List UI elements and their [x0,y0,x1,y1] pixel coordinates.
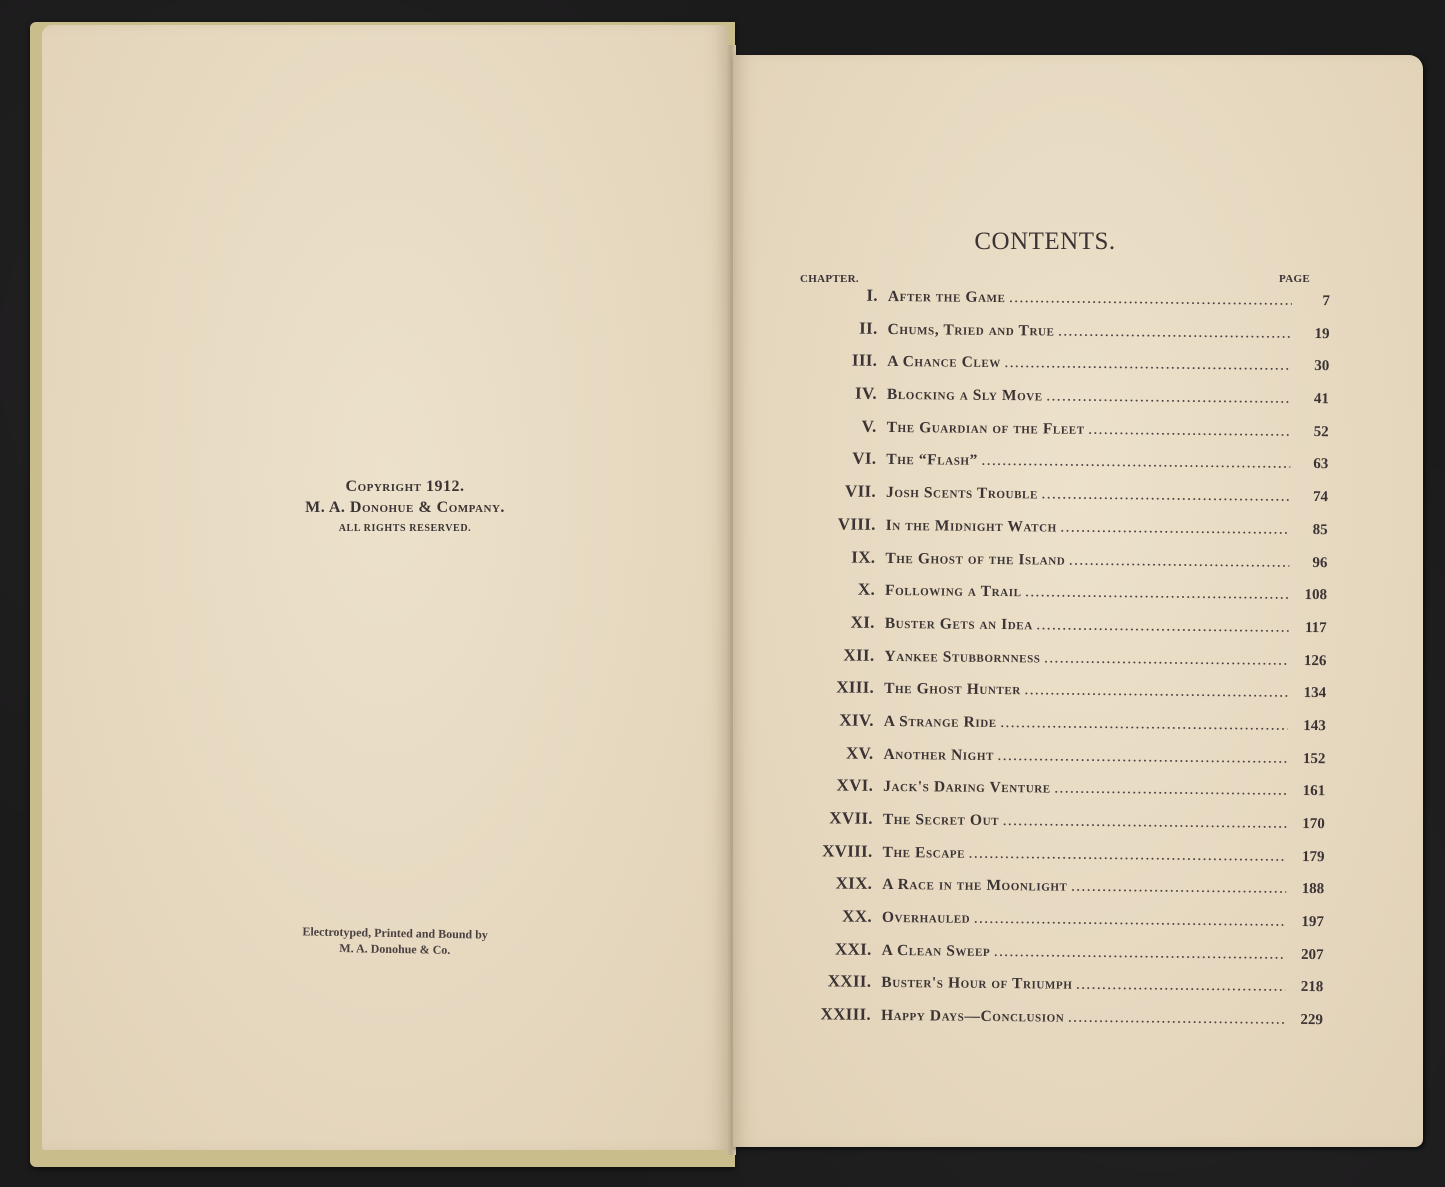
chapter-title: Chums, Tried and True [887,321,1054,341]
dot-leader [969,846,1287,864]
chapter-title: A Clean Sweep [882,942,991,961]
dot-leader [1076,978,1285,995]
dot-leader [1058,324,1291,341]
toc-entry: II.Chums, Tried and True19 [789,318,1329,356]
copyright-notice: Copyright 1912. M. A. Donohue & Company.… [240,478,570,534]
chapter-title: Following a Trail [885,582,1022,601]
chapter-title: After the Game [888,288,1006,307]
rights-reserved: All Rights Reserved. [240,523,570,534]
chapter-numeral: XXI. [784,939,882,960]
toc-entry: V.The Guardian of the Fleet52 [788,416,1328,454]
chapter-page-number: 85 [1294,522,1328,539]
dot-leader [1061,520,1290,537]
chapter-title: The Ghost of the Island [885,549,1065,569]
chapter-page-number: 179 [1290,849,1324,866]
chapter-title: The Secret Out [883,811,999,830]
chapter-page-number: 63 [1294,456,1328,473]
chapter-numeral: IX. [787,546,885,567]
dot-leader [1068,1011,1285,1028]
toc-entry: XVIII.The Escape179 [784,841,1324,879]
chapter-title: A Chance Clew [887,353,1001,372]
chapter-numeral: XII. [786,645,884,666]
chapter-title: In the Midnight Watch [886,517,1057,537]
dot-leader [1069,553,1289,570]
dot-leader [1005,356,1291,374]
chapter-numeral: V. [789,416,887,437]
toc-entry: XIV.A Strange Ride143 [786,710,1326,748]
chapter-numeral: XVIII. [784,841,882,862]
chapter-title: The Escape [882,844,965,863]
chapter-numeral: XIV. [786,710,884,731]
toc-entry: VII.Josh Scents Trouble74 [788,481,1328,519]
chapter-numeral: XVII. [785,808,883,829]
toc-entry: XIII.The Ghost Hunter134 [786,677,1326,715]
chapter-title: The Ghost Hunter [884,680,1021,699]
chapter-title: A Strange Ride [884,713,997,732]
chapter-page-number: 7 [1296,293,1330,310]
dot-leader [998,749,1288,767]
toc-entry: XX.Overhauled197 [784,906,1324,944]
toc-entry: XI.Buster Gets an Idea117 [787,612,1327,650]
chapter-title: Buster Gets an Idea [885,615,1033,634]
chapter-page-number: 126 [1292,652,1326,669]
chapter-page-number: 30 [1295,358,1329,375]
chapter-title: Josh Scents Trouble [886,484,1038,503]
dot-leader [1047,390,1291,407]
chapter-title: Jack's Daring Venture [883,778,1051,798]
chapter-numeral: IV. [789,383,887,404]
chapter-title: Buster's Hour of Triumph [881,974,1072,994]
chapter-numeral: VII. [788,481,886,502]
chapter-numeral: I. [790,285,888,306]
chapter-numeral: III. [789,350,887,371]
dot-leader [1089,423,1291,440]
chapter-column-header: Chapter. [800,273,859,285]
chapter-title: The Guardian of the Fleet [887,419,1085,439]
chapter-page-number: 19 [1295,326,1329,343]
chapter-page-number: 218 [1289,979,1323,996]
dot-leader [1003,814,1287,832]
toc-entry: XV.Another Night152 [785,743,1325,781]
toc-entry: XII.Yankee Stubbornness126 [786,645,1326,683]
chapter-title: A Race in the Moonlight [882,876,1067,896]
chapter-page-number: 170 [1291,816,1325,833]
chapter-page-number: 188 [1290,881,1324,898]
chapter-title: Overhauled [882,909,971,928]
dot-leader [1044,651,1288,668]
chapter-numeral: VI. [788,448,886,469]
chapter-page-number: 207 [1290,947,1324,964]
chapter-page-number: 41 [1295,391,1329,408]
printer-imprint: Electrotyped, Printed and Bound by M. A.… [245,922,546,959]
contents-title: CONTENTS. [900,228,1190,256]
toc-entry: XVI.Jack's Daring Venture161 [785,775,1325,813]
chapter-numeral: XXII. [783,971,881,992]
chapter-numeral: XIII. [786,677,884,698]
dot-leader [1071,880,1286,897]
chapter-title: Yankee Stubbornness [884,647,1040,666]
toc-entry: VIII.In the Midnight Watch85 [787,514,1327,552]
toc-entry: XXI.A Clean Sweep207 [783,939,1323,977]
toc-entry: I.After the Game7 [790,285,1330,323]
chapter-numeral: XIX. [784,873,882,894]
toc-entry: III.A Chance Clew30 [789,350,1329,388]
chapter-page-number: 52 [1295,424,1329,441]
chapter-page-number: 134 [1292,685,1326,702]
copyright-holder: M. A. Donohue & Company. [240,499,570,517]
dot-leader [1001,716,1288,734]
toc-entry: XXII.Buster's Hour of Triumph218 [783,971,1323,1009]
chapter-numeral: X. [787,579,885,600]
chapter-numeral: XI. [787,612,885,633]
dot-leader [1037,618,1289,635]
copyright-year: Copyright 1912. [240,478,570,496]
toc-entry: VI.The “Flash”63 [788,448,1328,486]
chapter-numeral: II. [789,318,887,339]
toc-entry: IX.The Ghost of the Island96 [787,546,1327,584]
chapter-page-number: 152 [1291,750,1325,767]
chapter-page-number: 197 [1290,914,1324,931]
left-page [42,25,728,1150]
page-column-header: Page [1266,273,1310,285]
dot-leader [974,912,1286,930]
chapter-numeral: XX. [784,906,882,927]
chapter-page-number: 117 [1293,620,1327,637]
dot-leader [994,945,1285,963]
toc-entry: IV.Blocking a Sly Move41 [789,383,1329,421]
toc-entry: XIX.A Race in the Moonlight188 [784,873,1324,911]
chapter-page-number: 161 [1291,783,1325,800]
chapter-page-number: 229 [1289,1012,1323,1029]
chapter-page-number: 96 [1293,554,1327,571]
dot-leader [1025,585,1289,603]
chapter-page-number: 74 [1294,489,1328,506]
chapter-numeral: XV. [785,743,883,764]
toc-entry: XVII.The Secret Out170 [785,808,1325,846]
dot-leader [1025,684,1288,702]
toc-entry: X.Following a Trail108 [787,579,1327,617]
chapter-title: Happy Days—Conclusion [881,1007,1065,1027]
dot-leader [982,454,1290,472]
table-of-contents: I.After the Game7II.Chums, Tried and Tru… [783,285,1330,1042]
chapter-numeral: XXIII. [783,1004,881,1025]
chapter-page-number: 108 [1293,587,1327,604]
chapter-numeral: XVI. [785,775,883,796]
chapter-title: Blocking a Sly Move [887,386,1043,405]
dot-leader [1042,488,1290,505]
chapter-numeral: VIII. [788,514,886,535]
toc-entry: XXIII.Happy Days—Conclusion229 [783,1004,1323,1042]
dot-leader [1055,782,1288,799]
chapter-page-number: 143 [1292,718,1326,735]
chapter-title: Another Night [883,746,994,765]
dot-leader [1009,291,1291,309]
chapter-title: The “Flash” [886,451,978,470]
